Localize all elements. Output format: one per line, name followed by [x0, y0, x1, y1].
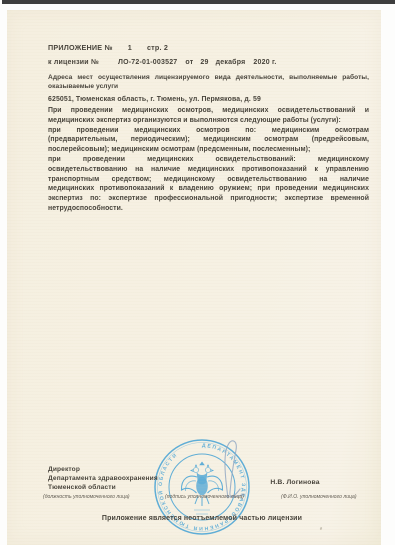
position-caption: (должность уполномоченного лица) [43, 494, 130, 500]
appendix-header: ПРИЛОЖЕНИЕ №1стр. 2 [48, 43, 168, 52]
scan-top-edge [2, 0, 395, 4]
signatory-name: Н.В. Логинова [240, 479, 350, 486]
position-line: Директор [48, 465, 158, 474]
signatory-position: Директор Департамента здравоохранения Тю… [48, 465, 158, 493]
from-label: от [185, 59, 193, 66]
body-line: экспертиз по: экспертизе профессионально… [48, 194, 369, 204]
scan-speck [320, 527, 323, 531]
subtitle-line: Адреса мест осуществления лицензируемого… [48, 73, 369, 82]
subtitle-line: оказываемые услуги [48, 82, 369, 91]
name-caption: (Ф.И.О. уполномоченного лица) [281, 494, 357, 500]
page-number-label: стр. 2 [147, 43, 168, 52]
works-services-text: При проведении медицинских осмотров, мед… [48, 106, 369, 214]
body-line: (предварительным, периодическим); медици… [48, 135, 369, 145]
body-line: При проведении медицинских осмотров, мед… [48, 106, 369, 116]
position-line: Тюменской области [48, 483, 158, 492]
license-appendix-page: ПРИЛОЖЕНИЕ №1стр. 2 к лицензии №ЛО-72-01… [7, 10, 381, 545]
body-line: нетрудоспособности. [48, 204, 369, 214]
signature-caption: (подпись уполномоченного лица) [165, 494, 244, 500]
addresses-subtitle: Адреса мест осуществления лицензируемого… [48, 73, 369, 92]
body-line: медицинских противопоказаний к владению … [48, 184, 369, 194]
license-line: к лицензии №ЛО-72-01-003527от29декабря20… [48, 59, 277, 66]
body-line: при проведении медицинских освидетельств… [48, 155, 369, 165]
body-line: послерейсовым); медицинским осмотрам (пр… [48, 145, 369, 155]
appendix-number: 1 [128, 43, 132, 52]
license-number: ЛО-72-01-003527 [118, 59, 177, 66]
license-label: к лицензии № [48, 59, 99, 66]
body-line: при проведении медицинских осмотров по: … [48, 126, 369, 136]
license-month: декабря [216, 59, 246, 66]
footer-note: Приложение является неотъемлемой частью … [37, 515, 367, 522]
license-year: 2020 г. [253, 59, 276, 66]
body-line: освидетельствованию на наличие медицинск… [48, 165, 369, 175]
body-line: транспортным средством; медицинскому осв… [48, 175, 369, 185]
facility-address: 625051, Тюменская область, г. Тюмень, ул… [48, 96, 261, 103]
license-day: 29 [200, 59, 208, 66]
body-line: медицинских экспертиз организуются и вып… [48, 116, 369, 126]
position-line: Департамента здравоохранения [48, 474, 158, 483]
appendix-label: ПРИЛОЖЕНИЕ № [48, 43, 113, 52]
